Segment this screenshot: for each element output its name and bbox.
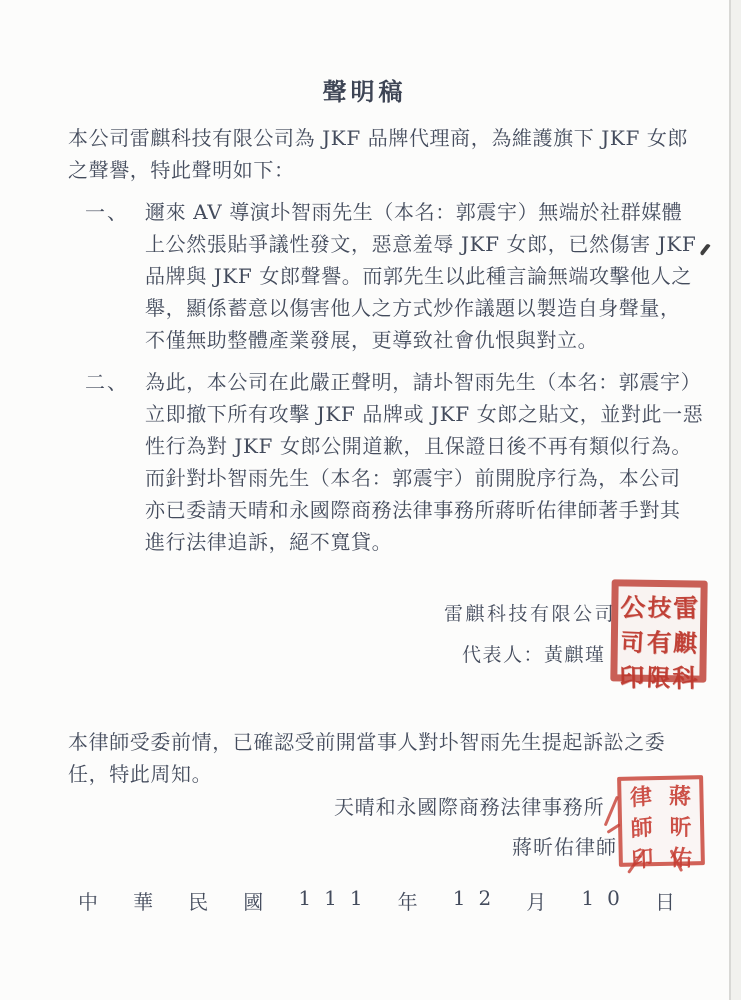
date-token: 民 [188, 886, 208, 915]
seal-character: 有 [645, 622, 673, 659]
item-line: 立即撤下所有攻擊 JKF 品牌或 JKF 女郎之貼文，並對此一惡 [145, 398, 703, 430]
attorney-note-line: 任，特此周知。 [68, 758, 665, 790]
attorney-note-paragraph: 本律師受委前情，已確認受前開當事人對圤智雨先生提起訴訟之委 任，特此周知。 [68, 726, 665, 790]
seal-character: 師 [622, 809, 662, 844]
seal-character: 麒 [672, 623, 700, 659]
date-token: 111 [298, 886, 375, 915]
intro-line: 本公司雷麒科技有限公司為 JKF 品牌代理商，為維護旗下 JKF 女郎 [68, 122, 688, 154]
seal-character: 限 [644, 658, 672, 694]
seal-character: 蔣 [660, 779, 699, 812]
date-token: 10 [581, 886, 632, 915]
date-token: 12 [453, 886, 504, 915]
red-ink-stroke [604, 796, 619, 827]
item-line: 亦已委請天晴和永國際商務法律事務所蔣昕佑律師著手對其 [145, 494, 703, 526]
item-line: 不僅無助整體產業發展，更導致社會仇恨與對立。 [145, 324, 696, 356]
item-line: 而針對圤智雨先生（本名：郭震宇）前開脫序行為，本公司 [145, 462, 703, 494]
item-line: 為此，本公司在此嚴正聲明，請圤智雨先生（本名：郭震宇） [145, 366, 703, 398]
attorney-name-line: 蔣昕佑律師 [512, 831, 617, 860]
seal-character: 昕 [661, 810, 700, 843]
seal-character: 公 [618, 587, 646, 624]
item-line: 舉，顯係蓄意以傷害他人之方式炒作議題以製造自身聲量， [145, 292, 696, 324]
seal-character: 雷 [672, 587, 700, 624]
seal-character: 技 [645, 588, 673, 624]
scanned-statement-document: 聲明稿 本公司雷麒科技有限公司為 JKF 品牌代理商，為維護旗下 JKF 女郎 … [0, 0, 741, 1000]
law-firm-line: 天晴和永國際商務法律事務所 [334, 791, 604, 820]
page-right-margin [731, 0, 741, 1000]
date-token: 月 [526, 886, 546, 915]
page-title: 聲明稿 [0, 72, 729, 107]
item-line: 品牌與 JKF 女郎聲譽。而郭先生以此種言論無端攻擊他人之 [145, 260, 696, 292]
company-name-line: 雷麒科技有限公司 [444, 599, 616, 626]
pen-mark [699, 243, 710, 256]
seal-character: 司 [618, 622, 646, 658]
seal-character: 印 [617, 657, 645, 694]
item-line: 進行法律追訴，絕不寬貸。 [145, 526, 703, 558]
intro-line: 之聲譽，特此聲明如下： [68, 154, 688, 186]
attorney-note-line: 本律師受委前情，已確認受前開當事人對圤智雨先生提起訴訟之委 [68, 726, 665, 758]
item-number: 二、 [85, 366, 129, 398]
date-line: 中 華 民 國 111 年 12 月 10 日 [78, 886, 675, 915]
item-line: 上公然張貼爭議性發文，惡意羞辱 JKF 女郎，已然傷害 JKF [145, 228, 696, 260]
seal-character: 科 [671, 657, 699, 694]
attorney-seal: 律 蔣 師 昕 印 佑 [617, 775, 705, 867]
seal-character: 律 [621, 778, 661, 813]
representative-line: 代表人：黃麒瑾 [462, 640, 606, 667]
date-token: 日 [655, 886, 675, 915]
statement-item-1: 一、 邇來 AV 導演圤智雨先生（本名：郭震宇）無端於社群媒體 上公然張貼爭議性… [85, 196, 696, 356]
item-line: 性行為對 JKF 女郎公開道歉，且保證日後不再有類似行為。 [145, 430, 703, 462]
date-token: 國 [243, 886, 263, 915]
statement-item-2: 二、 為此，本公司在此嚴正聲明，請圤智雨先生（本名：郭震宇） 立即撤下所有攻擊 … [85, 366, 703, 558]
intro-paragraph: 本公司雷麒科技有限公司為 JKF 品牌代理商，為維護旗下 JKF 女郎 之聲譽，… [68, 122, 688, 186]
date-token: 年 [398, 886, 418, 915]
date-token: 華 [133, 886, 153, 915]
company-seal: 公 技 雷 司 有 麒 印 限 科 [610, 579, 707, 682]
item-number: 一、 [85, 196, 129, 228]
item-line: 邇來 AV 導演圤智雨先生（本名：郭震宇）無端於社群媒體 [145, 196, 696, 228]
date-token: 中 [78, 886, 98, 915]
page-edge-line [729, 0, 731, 1000]
